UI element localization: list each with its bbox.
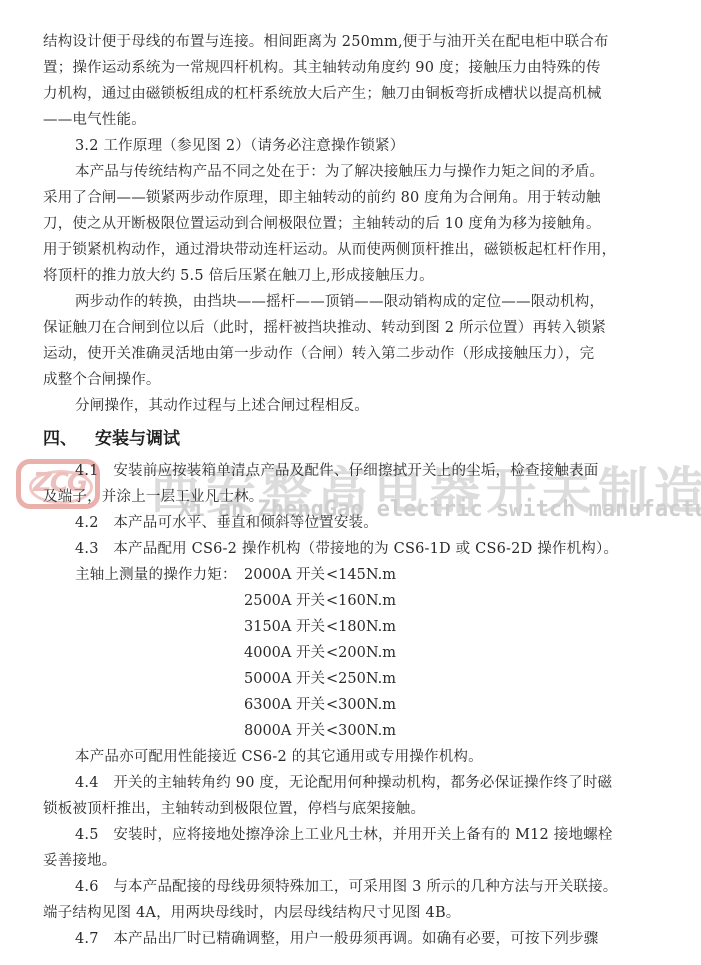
item-4-6-line: 端子结构见图 4A，用两块母线时，内层母线结构尺寸见图 4B。 — [43, 903, 461, 923]
paragraph-line: 保证触刀在合闸到位以后（此时，摇杆被挡块推动、转动到图 2 所示位置）再转入锁紧 — [43, 318, 606, 338]
alt-mechanism-note: 本产品亦可配用性能接近 CS6-2 的其它通用或专用操作机构。 — [75, 747, 483, 767]
switch-rating: 2000A 开关 — [244, 565, 326, 585]
subsection-title: 3.2 工作原理（参见图 2）（请务必注意操作锁紧） — [75, 136, 404, 156]
torque-value: <160N.m — [326, 593, 396, 609]
paragraph-line: 本产品与传统结构产品不同之处在于：为了解决接触压力与操作力矩之间的矛盾。 — [75, 162, 604, 182]
torque-row: 2500A 开关<160N.m — [244, 591, 396, 611]
paragraph-line: 力机构，通过由磁锁板组成的杠杆系统放大后产生；触刀由铜板弯折成槽状以提高机械 — [43, 84, 602, 104]
paragraph-line: 置；操作运动系统为一常规四杆机构。其主轴转动角度约 90 度；接触压力由特殊的传 — [43, 58, 601, 78]
section-heading: 四、安装与调试 — [43, 424, 180, 449]
item-4-1-line: 及端子，并涂上一层工业凡士林。 — [43, 487, 264, 507]
item-4-4-line: 4.4 开关的主轴转角约 90 度，无论配用何种操动机构，都务必保证操作终了时磁 — [75, 773, 612, 793]
torque-row: 6300A 开关<300N.m — [244, 695, 396, 715]
switch-rating: 2500A 开关 — [244, 591, 326, 611]
item-4-3: 4.3 本产品配用 CS6-2 操作机构（带接地的为 CS6-1D 或 CS6-… — [75, 539, 618, 559]
torque-value: <250N.m — [326, 671, 396, 687]
switch-rating: 5000A 开关 — [244, 669, 326, 689]
paragraph-line: 用于锁紧机构动作，通过滑块带动连杆运动。从而使两侧顶杆推出，磁锁板起杠杆作用， — [43, 240, 616, 260]
torque-label: 主轴上测量的操作力矩： — [75, 565, 237, 585]
switch-rating: 6300A 开关 — [244, 695, 326, 715]
torque-row: 4000A 开关<200N.m — [244, 643, 396, 663]
torque-value: <200N.m — [326, 645, 396, 661]
torque-row: 3150A 开关<180N.m — [244, 617, 396, 637]
switch-rating: 8000A 开关 — [244, 721, 326, 741]
item-4-5-line: 妥善接地。 — [43, 851, 117, 871]
item-4-6-line: 4.6 与本产品配接的母线毋须特殊加工，可采用图 3 所示的几种方法与开关联接。 — [75, 877, 618, 897]
paragraph-line: 运动，使开关准确灵活地由第一步动作（合闸）转入第二步动作（形成接触压力），完 — [43, 344, 594, 364]
item-4-2: 4.2 本产品可水平、垂直和倾斜等位置安装。 — [75, 513, 378, 533]
torque-value: <145N.m — [326, 567, 396, 583]
paragraph-line: 结构设计便于母线的布置与连接。相间距离为 250mm,便于与油开关在配电柜中联合… — [43, 32, 609, 52]
paragraph-line: 将顶杆的推力放大约 5.5 倍后压紧在触刀上,形成接触压力。 — [43, 266, 434, 286]
item-4-1-line: 4.1 安装前应按装箱单清点产品及配件、仔细擦拭开关上的尘垢，检查接触表面 — [75, 461, 598, 481]
torque-value: <300N.m — [326, 723, 396, 739]
paragraph-line: 成整个合闸操作。 — [43, 370, 161, 390]
item-4-4-line: 锁板被顶杆推出，主轴转动到极限位置，停档与底架接触。 — [43, 799, 425, 819]
paragraph-line: 两步动作的转换，由挡块——摇杆——顶销——限动销构成的定位——限动机构， — [75, 292, 604, 312]
torque-row: 2000A 开关<145N.m — [244, 565, 396, 585]
document-page: ZCG 西安整高电器开关制造有限公司 Xi'an ZhengGao electr… — [0, 0, 701, 965]
section-title: 安装与调试 — [95, 429, 180, 449]
item-4-5-line: 4.5 安装时，应将接地处擦净涂上工业凡士林，并用开关上备有的 M12 接地螺栓 — [75, 825, 613, 845]
item-4-7: 4.7 本产品出厂时已精确调整，用户一般毋须再调。如确有必要，可按下列步骤 — [75, 929, 598, 949]
torque-row: 5000A 开关<250N.m — [244, 669, 396, 689]
torque-value: <180N.m — [326, 619, 396, 635]
paragraph-line: ——电气性能。 — [43, 110, 146, 130]
paragraph-line: 分闸操作，其动作过程与上述合闸过程相反。 — [75, 396, 369, 416]
switch-rating: 3150A 开关 — [244, 617, 326, 637]
section-number: 四、 — [43, 429, 77, 449]
paragraph-line: 采用了合闸——锁紧两步动作原理，即主轴转动的前约 80 度角为合闸角。用于转动触 — [43, 188, 601, 208]
paragraph-line: 刀，使之从开断极限位置运动到合闸极限位置；主轴转动的后 10 度角为移为接触角。 — [43, 214, 601, 234]
switch-rating: 4000A 开关 — [244, 643, 326, 663]
torque-row: 8000A 开关<300N.m — [244, 721, 396, 741]
torque-value: <300N.m — [326, 697, 396, 713]
